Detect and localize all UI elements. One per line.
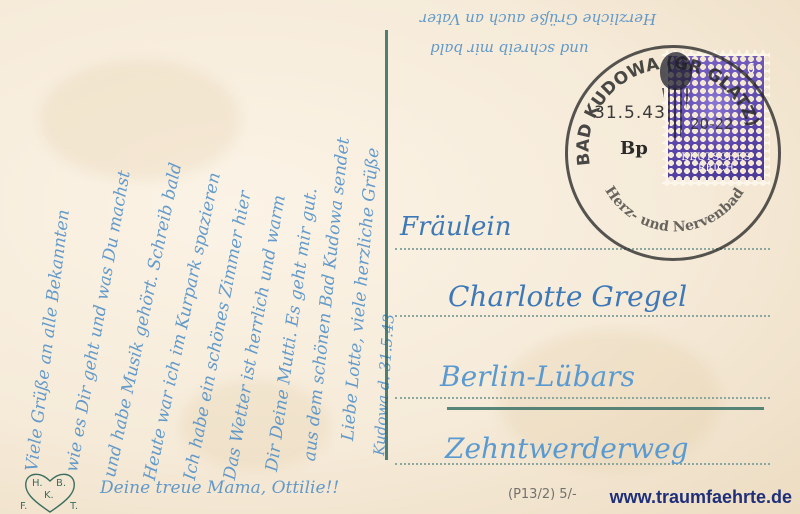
logo-letter: H.	[32, 478, 43, 489]
watermark: www.traumfaehrte.de	[610, 487, 792, 508]
svg-text:Herz- und Nervenbad: Herz- und Nervenbad	[601, 183, 747, 235]
message-divider-line: Kudowa d. 31.5.43	[370, 313, 398, 456]
address-line	[395, 315, 770, 317]
logo-letter: B.	[56, 478, 66, 489]
publisher-logo: H. B. K. F. T.	[22, 470, 92, 514]
address-salutation: Fräulein	[400, 212, 511, 242]
postmark-time: 20-22	[690, 115, 734, 133]
postcard: Viele Grüße an alle Bekannten wie es Dir…	[0, 0, 800, 514]
postmark-bottom-text: Herz- und Nervenbad	[601, 183, 747, 235]
address-line	[395, 397, 770, 399]
message-margin-line: Herzliche Grüße auch an Vater	[420, 10, 656, 28]
center-divider	[385, 30, 388, 460]
paper-stain	[40, 60, 240, 180]
address-city: Berlin-Lübars	[440, 360, 635, 393]
message-line: Viele Grüße an alle Bekannten	[22, 208, 74, 472]
address-name: Charlotte Gregel	[448, 280, 687, 313]
address-street: Zehntwerderweg	[445, 432, 689, 465]
logo-letter: T.	[70, 501, 78, 512]
postmark-date: 31.5.43	[594, 103, 666, 123]
logo-letter: K.	[44, 490, 54, 501]
postmark-code: Bp	[620, 138, 648, 159]
balloon-postmark-icon	[660, 52, 692, 90]
logo-letter: F.	[20, 501, 27, 512]
pencil-note: (P13/2) 5/-	[508, 487, 577, 502]
message-closing: Deine treue Mama, Ottilie!!	[100, 478, 339, 498]
city-underline	[447, 407, 764, 410]
